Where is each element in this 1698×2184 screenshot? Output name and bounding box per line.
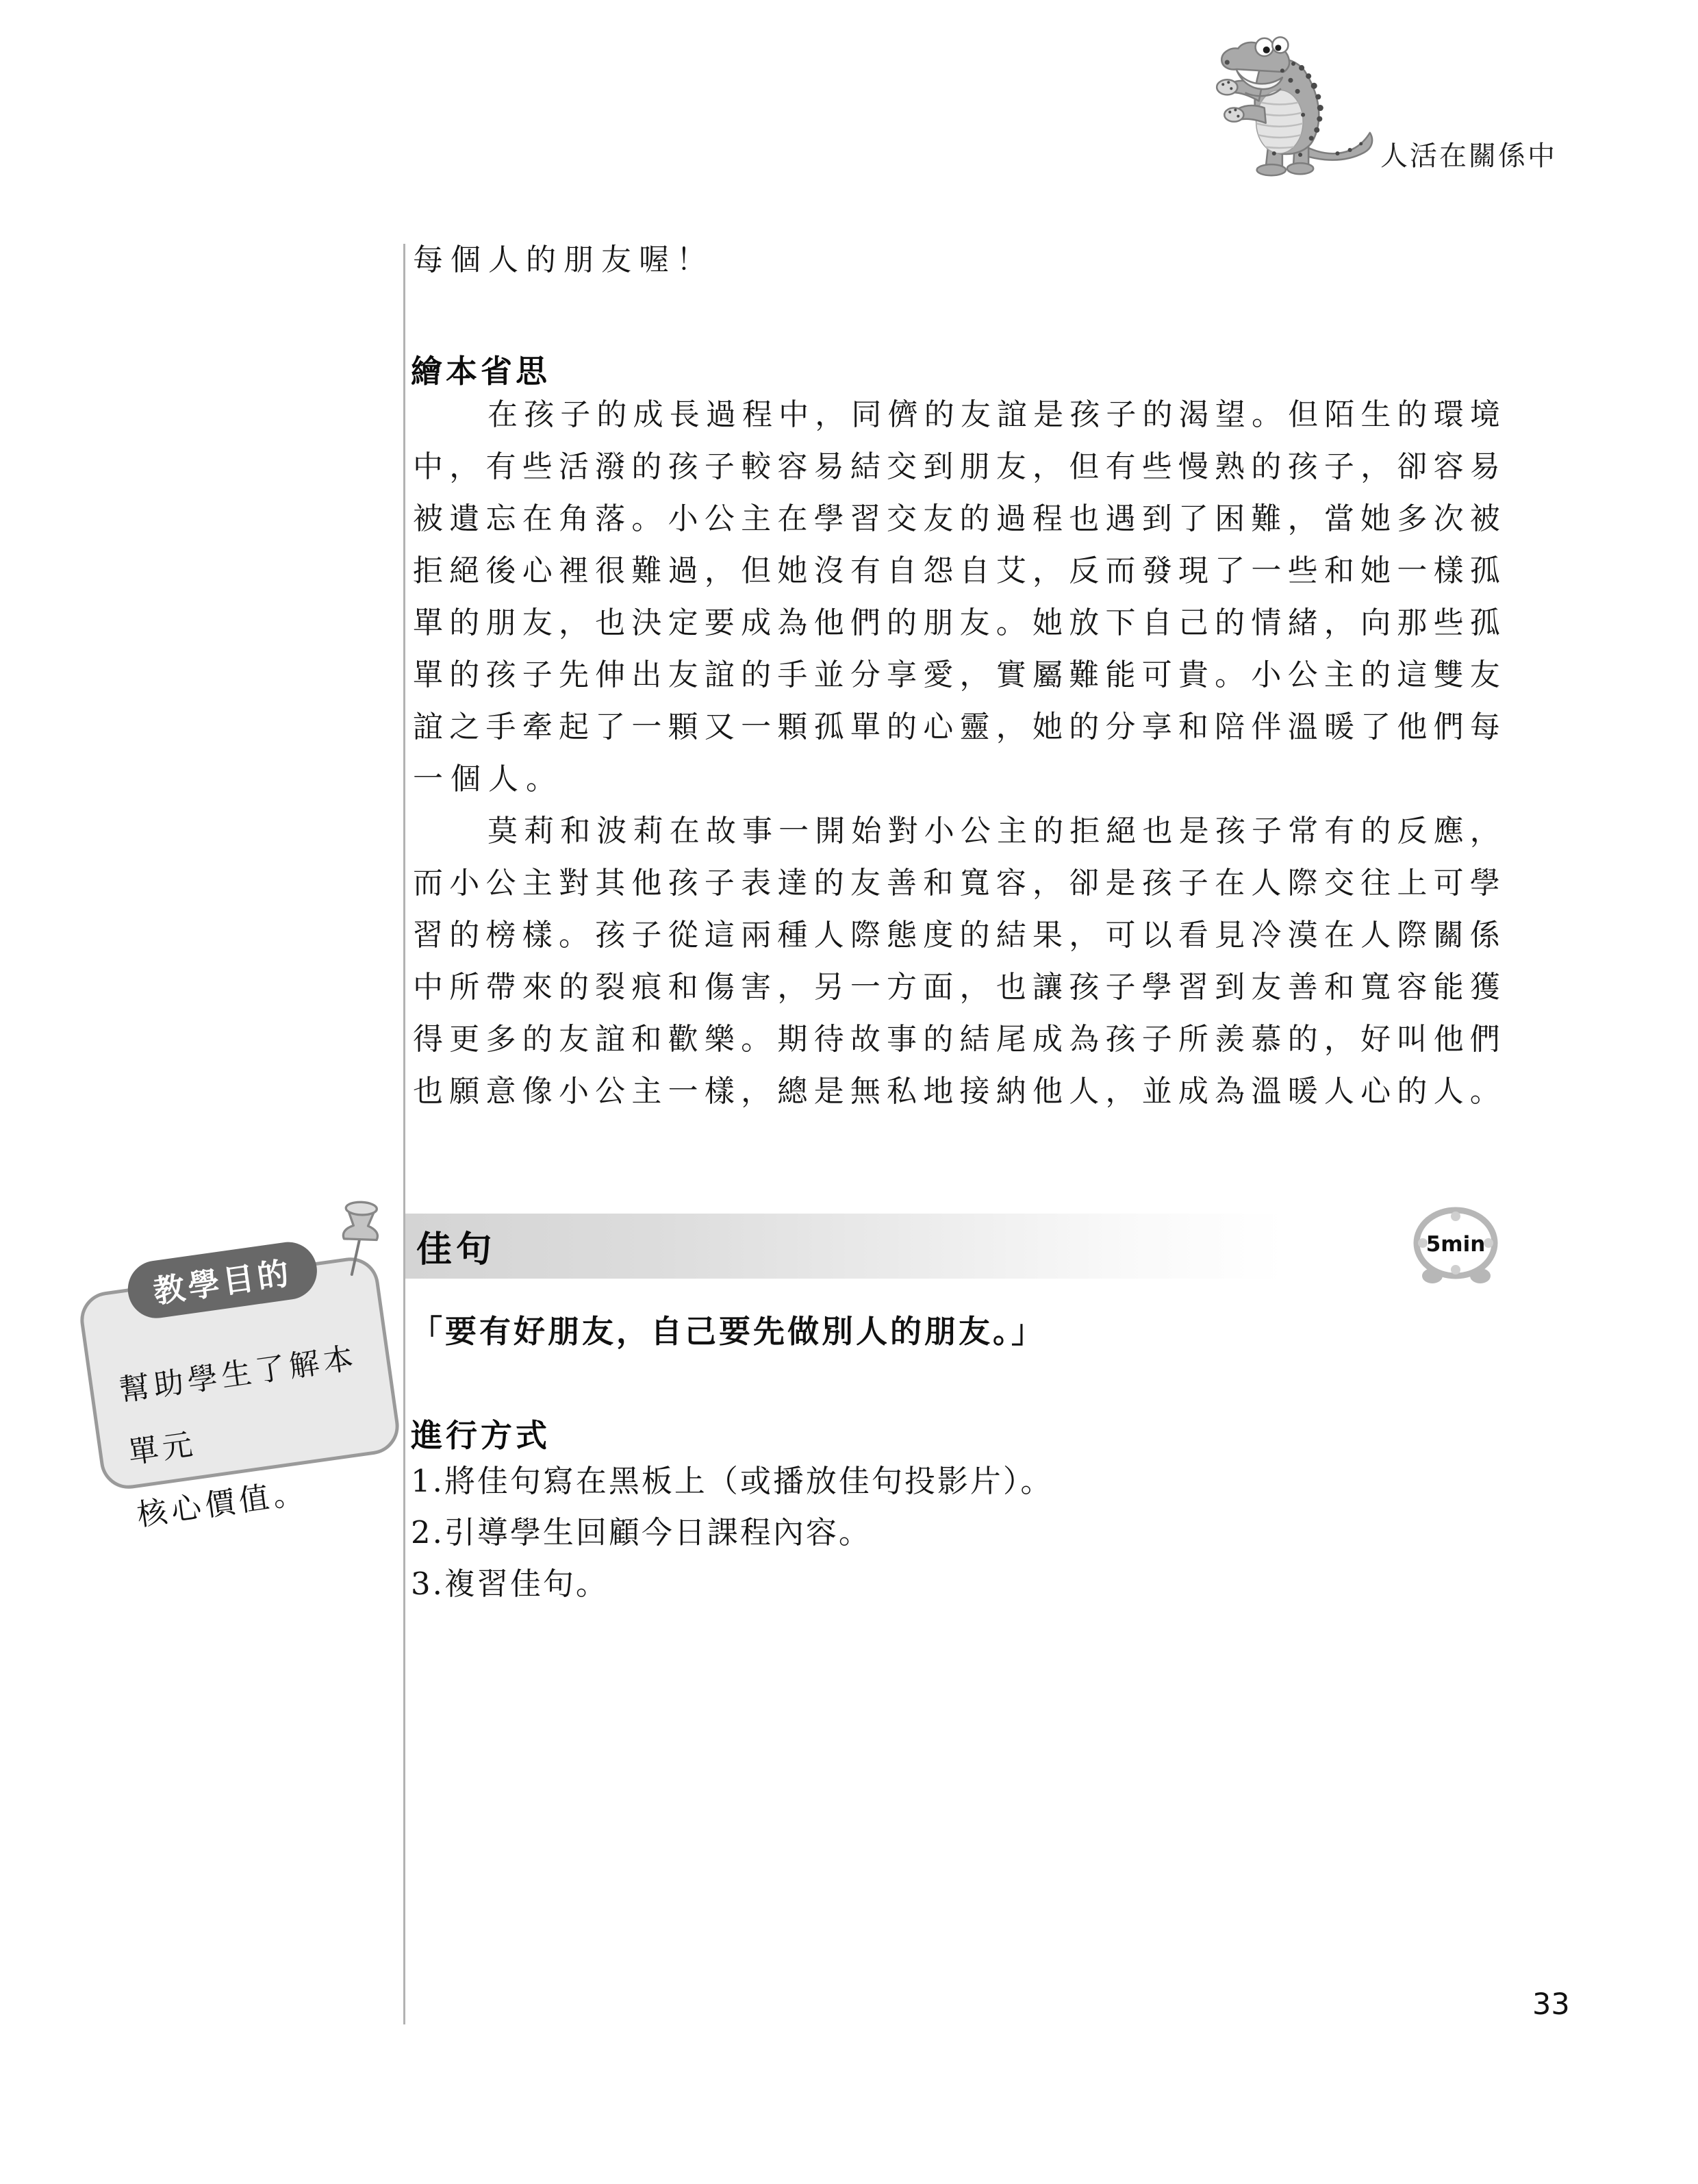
- quote-text: 「要有好朋友，自己要先做別人的朋友。」: [411, 1307, 1046, 1352]
- paragraph-line: 誼之手牽起了一顆又一顆孤單的心靈，她的分享和陪伴溫暖了他們每: [413, 701, 1500, 753]
- page-number: 33: [1532, 1987, 1570, 2022]
- teaching-goal-badge-label: 教學目的: [150, 1248, 294, 1312]
- pushpin-icon: [331, 1199, 389, 1285]
- paragraph-line: 被遺忘在角落。小公主在學習交友的過程也遇到了困難，當她多次被: [413, 493, 1500, 545]
- quote-section-heading: 佳句: [405, 1220, 496, 1272]
- teaching-goal-badge: 教學目的: [124, 1238, 320, 1322]
- paragraph-line: 中，有些活潑的孩子較容易結交到朋友，但有些慢熟的孩子，卻容易: [413, 441, 1500, 493]
- paragraph-line: 中所帶來的裂痕和傷害，另一方面，也讓孩子學習到友善和寬容能獲: [413, 962, 1500, 1014]
- opening-line: 每個人的朋友喔！: [413, 241, 714, 279]
- teaching-goal-note: 教學目的 幫助學生了解本單元 核心價值。: [77, 1254, 403, 1492]
- paragraph-line: 單的朋友，也決定要成為他們的朋友。她放下自己的情緒，向那些孤: [413, 597, 1500, 649]
- teaching-goal-text: 幫助學生了解本單元 核心價值。: [116, 1323, 408, 1548]
- paragraph-line: 拒絕後心裡很難過，但她沒有自怨自艾，反而發現了一些和她一樣孤: [413, 545, 1500, 597]
- unit-title: 人活在關係中: [1380, 134, 1557, 173]
- paragraph-line: 一個人。: [413, 753, 1500, 805]
- book-page: 人活在關係中 每個人的朋友喔！ 繪本省思 在孩子的成長過程中，同儕的友誼是孩子的…: [0, 0, 1698, 2184]
- quote-section-bar: 佳句: [405, 1214, 1284, 1279]
- paragraph-line: 而小公主對其他孩子表達的友善和寬容，卻是孩子在人際交往上可學: [413, 857, 1500, 909]
- procedure-step: 2.引導學生回顧今日課程內容。: [411, 1514, 872, 1551]
- paragraph-line: 也願意像小公主一樣，總是無私地接納他人，並成為溫暖人心的人。: [413, 1066, 1500, 1118]
- procedure-step: 3.複習佳句。: [411, 1566, 609, 1603]
- duration-badge: 5min: [1410, 1232, 1501, 1257]
- reflection-paragraph-2: 莫莉和波莉在故事一開始對小公主的拒絕也是孩子常有的反應， 而小公主對其他孩子表達…: [413, 805, 1500, 1118]
- paragraph-line: 得更多的友誼和歡樂。期待故事的結尾成為孩子所羨慕的，好叫他們: [413, 1014, 1500, 1066]
- margin-rule: [403, 244, 405, 2024]
- reflection-paragraph-1: 在孩子的成長過程中，同儕的友誼是孩子的渴望。但陌生的環境 中，有些活潑的孩子較容…: [413, 389, 1500, 805]
- paragraph-line: 單的孩子先伸出友誼的手並分享愛，實屬難能可貴。小公主的這雙友: [413, 649, 1500, 701]
- crocodile-mascot-icon: [1200, 32, 1386, 181]
- reflection-heading: 繪本省思: [411, 347, 550, 392]
- paragraph-line: 習的榜樣。孩子從這兩種人際態度的結果，可以看見冷漠在人際關係: [413, 909, 1500, 962]
- paragraph-line: 莫莉和波莉在故事一開始對小公主的拒絕也是孩子常有的反應，: [413, 805, 1500, 857]
- procedure-heading: 進行方式: [411, 1411, 550, 1456]
- paragraph-line: 在孩子的成長過程中，同儕的友誼是孩子的渴望。但陌生的環境: [413, 389, 1500, 441]
- procedure-step: 1.將佳句寫在黑板上（或播放佳句投影片）。: [411, 1463, 1053, 1500]
